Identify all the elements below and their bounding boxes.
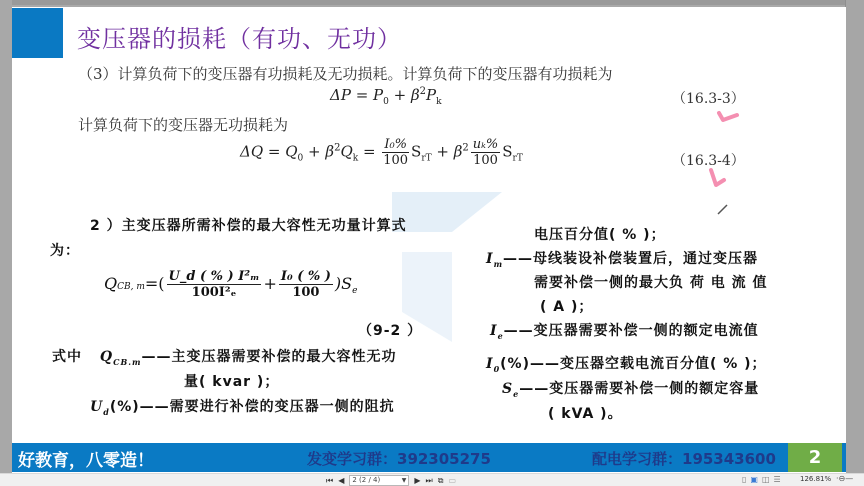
def2-symbol-tail: (%)	[110, 399, 140, 415]
scan-formula-lhs: Q	[104, 274, 117, 293]
scan-equation-number: （9-2 ）	[358, 320, 422, 340]
def1-text: ——主变压器需要补偿的最大容性无功	[141, 349, 396, 365]
def1-symbol: Q	[100, 349, 113, 365]
slide-page-number: 2	[788, 443, 842, 472]
title-accent-block	[12, 8, 63, 58]
scan-fraction-1: U_d ( % ) I²ₘ100I²ₑ	[167, 269, 262, 300]
scan-formula-lhs-sub: CB, m	[117, 282, 145, 292]
equation-number-16-3-3: （16.3-3）	[672, 88, 745, 108]
scan-formula-qcbm: QCB, m=(U_d ( % ) I²ₘ100I²ₑ+I₀ ( % )100)…	[104, 269, 357, 300]
def2-symbol-sub: d	[103, 407, 110, 417]
scan-heading: 2 ）主变压器所需补偿的最大容性无功量计算式	[90, 215, 407, 235]
slide-canvas: 变压器的损耗（有功、无功） （3）计算负荷下的变压器有功损耗及无功损耗。计算负荷…	[12, 7, 846, 473]
def-ie-symbol: I	[490, 323, 498, 339]
single-page-view-icon[interactable]: ▯	[742, 475, 746, 484]
footer-group-peidian: 配电学习群：195343600	[592, 448, 776, 469]
scan-def-im-cont2: ( A )；	[540, 296, 593, 316]
slide-title: 变压器的损耗（有功、无功）	[77, 19, 402, 54]
def2-symbol: U	[90, 399, 103, 415]
eq2-frac2-den: 100	[471, 153, 500, 168]
scan-fraction-2: I₀ ( % )100	[279, 269, 333, 300]
eq1-pk-sub: k	[436, 97, 441, 107]
window-top-bar	[0, 0, 864, 5]
scan-right-line1: 电压百分值( % )；	[534, 224, 666, 244]
scan-def-ie: Ie——变压器需要补偿一侧的额定电流值	[490, 320, 759, 341]
page-navigation: ⏮ ◀ 2 (2 / 4) ▼ ▶ ⏭ ⧉ ▭	[326, 475, 456, 486]
scan-def-qcbm-cont: 量( kvar )；	[184, 371, 279, 391]
scan-heading-cont: 为：	[50, 240, 80, 260]
eq2-s2-sub: rT	[513, 154, 523, 164]
def-ie-text: ——变压器需要补偿一侧的额定电流值	[504, 323, 759, 339]
def-i0-text: ——变压器空载电流百分值( % )；	[530, 356, 767, 372]
chevron-down-icon: ▼	[402, 476, 407, 485]
where-label: 式中	[52, 349, 82, 365]
eq2-fraction-2: uₖ%100	[471, 137, 500, 168]
eq2-s1-sub: rT	[421, 154, 431, 164]
check-mark-annotation-icon-2	[708, 167, 728, 191]
def2-text: ——需要进行补偿的变压器一侧的阻抗	[140, 399, 395, 415]
scan-formula-close-sub: e	[352, 286, 357, 296]
left-gutter	[0, 0, 12, 473]
vertical-scrollbar[interactable]	[845, 0, 864, 473]
continuous-view-icon[interactable]: ▣	[750, 475, 758, 484]
scan-def-se-cont: ( kVA )。	[548, 403, 623, 423]
prev-page-icon[interactable]: ◀	[338, 475, 344, 486]
eq2-frac2-num: uₖ%	[471, 137, 500, 153]
footer-group-fabian: 发变学习群：392305275	[307, 448, 491, 469]
def-im-text: ——母线装设补偿装置后，通过变压器	[503, 251, 758, 267]
facing-view-icon[interactable]: ◫	[762, 475, 770, 484]
two-page-view-icon[interactable]: ⧉	[438, 475, 444, 486]
scan-frac2-num: I₀ ( % )	[279, 269, 333, 285]
eq1-plus: + β	[389, 86, 420, 104]
check-mark-annotation-icon	[716, 109, 740, 123]
scan-formula-close: )S	[335, 274, 352, 293]
eq2-frac1-den: 100	[382, 153, 409, 168]
scan-def-se: Se——变压器需要补偿一侧的额定容量	[502, 378, 759, 399]
eq2-qk: Q	[340, 143, 352, 161]
copy-page-icon[interactable]: ▭	[448, 475, 456, 486]
eq2-equals: =	[358, 143, 380, 161]
equation-active-loss: ΔP = P0 + β2Pk	[330, 86, 442, 107]
scan-def-ud: Ud(%)——需要进行补偿的变压器一侧的阻抗	[90, 396, 395, 417]
eq2-frac1-num: I₀%	[382, 137, 409, 153]
eq2-fraction-1: I₀%100	[382, 137, 409, 168]
eq2-s2: S	[502, 143, 512, 161]
def-i0-tail: (%)	[500, 356, 530, 372]
def-im-symbol: I	[486, 251, 494, 267]
scan-def-i0: I0(%)——变压器空载电流百分值( % )；	[486, 353, 767, 374]
reactive-loss-paragraph: 计算负荷下的变压器无功损耗为	[78, 114, 288, 135]
page-selector[interactable]: 2 (2 / 4) ▼	[349, 475, 409, 486]
zoom-out-icon[interactable]: ·⊖—	[836, 474, 853, 483]
scan-formula-open: =(	[145, 274, 165, 293]
scan-frac2-den: 100	[279, 285, 333, 300]
scan-def-qcbm: 式中 QCB.m——主变压器需要补偿的最大容性无功	[52, 346, 396, 367]
slide-footer: 好教育，八零造！ 发变学习群：392305275 配电学习群：195343600…	[12, 443, 846, 472]
eq1-pk: P	[426, 86, 436, 104]
def-se-symbol: S	[502, 381, 513, 397]
eq2-s1: S	[411, 143, 421, 161]
view-mode-buttons: ▯ ▣ ◫ ☰	[742, 475, 781, 484]
first-page-icon[interactable]: ⏮	[326, 475, 333, 486]
equation-reactive-loss: ΔQ = Q0 + β2Qk = I₀%100SrT + β2uₖ%100SrT	[240, 137, 523, 168]
eq2-plus2: + β	[432, 143, 463, 161]
pen-stroke-annotation-icon	[716, 202, 730, 216]
zoom-level[interactable]: 126.81%	[800, 475, 831, 483]
next-page-icon[interactable]: ▶	[414, 475, 420, 486]
scan-formula-plus: +	[263, 274, 276, 293]
eq2-lhs: ΔQ = Q	[240, 143, 298, 161]
last-page-icon[interactable]: ⏭	[426, 475, 433, 486]
footer-slogan: 好教育，八零造！	[18, 446, 154, 471]
status-bar: ⏮ ◀ 2 (2 / 4) ▼ ▶ ⏭ ⧉ ▭ ▯ ▣ ◫ ☰ 126.81% …	[0, 473, 864, 486]
def1-symbol-sub: CB.m	[113, 357, 141, 367]
eq2-plus1: + β	[303, 143, 334, 161]
scan-def-im: Im——母线装设补偿装置后，通过变压器	[486, 248, 758, 269]
def-se-text: ——变压器需要补偿一侧的额定容量	[519, 381, 759, 397]
scan-def-im-cont1: 需要补偿一侧的最大负 荷 电 流 值	[534, 272, 768, 292]
scan-frac1-num: U_d ( % ) I²ₘ	[167, 269, 262, 285]
page-selector-value: 2 (2 / 4)	[352, 476, 380, 484]
reading-view-icon[interactable]: ☰	[774, 475, 781, 484]
def-i0-symbol: I	[486, 356, 494, 372]
eq2-beta2-sup: 2	[462, 143, 468, 154]
intro-paragraph: （3）计算负荷下的变压器有功损耗及无功损耗。计算负荷下的变压器有功损耗为	[78, 63, 613, 84]
scan-frac1-den: 100I²ₑ	[167, 285, 262, 300]
eq1-lhs: ΔP = P	[330, 86, 383, 104]
def-im-sub: m	[494, 259, 503, 269]
